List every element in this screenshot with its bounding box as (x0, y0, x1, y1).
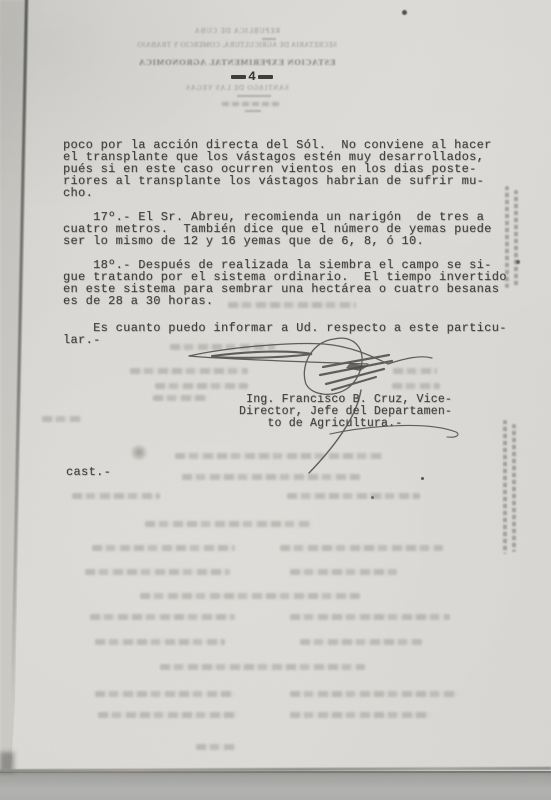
ghost-line-segment (290, 569, 397, 575)
ink-smudge (130, 445, 148, 460)
letterhead-santiago-line: SANTIAGO DE LAS VEGAS (87, 84, 387, 92)
page-number-value: 4 (247, 72, 257, 82)
paragraph-18: 18º.- Después de realizada la siembra el… (63, 259, 507, 307)
ghost-line-segment (155, 383, 248, 389)
stamp-text-column (505, 186, 509, 288)
typist-initials: cast.- (66, 466, 111, 478)
ghost-line-segment (392, 383, 440, 389)
paragraph-17: 17º.- El Sr. Abreu, recomienda un narigó… (63, 211, 492, 247)
ghost-line-segment (95, 639, 225, 645)
page-number-dash (231, 75, 246, 78)
letterhead-rule (245, 110, 261, 112)
ghost-line-segment (153, 395, 208, 401)
letterhead-rule (262, 38, 276, 40)
ghost-line-segment (175, 453, 383, 459)
dirt-speck (421, 477, 424, 480)
ghost-line-segment (145, 521, 312, 527)
stamp-text-column (512, 424, 516, 552)
ghost-line-segment (290, 691, 458, 697)
ghost-line-segment (287, 493, 420, 499)
ghost-line-segment (92, 545, 235, 551)
ghost-line-segment (140, 593, 360, 599)
ghost-line-segment (290, 712, 430, 718)
dirt-speck (516, 260, 520, 264)
paper-sheet (0, 0, 551, 771)
ghost-line-segment (280, 545, 443, 551)
ghost-line-segment (300, 639, 422, 645)
letterhead-estacion-line: ESTACION EXPERIMENTAL AGRONOMICA (87, 57, 387, 67)
letterhead-republic-line: REPUBLICA DE CUBA (87, 27, 387, 35)
dirt-speck (402, 10, 407, 15)
stamp-text-column (503, 420, 507, 554)
dirt-speck (371, 496, 374, 499)
letterhead-secretaria-line: SECRETARIA DE AGRICULTURA, COMERCIO Y TR… (87, 41, 387, 49)
ghost-line-segment (130, 368, 248, 374)
ghost-line-segment (95, 691, 235, 697)
ghost-line-segment (196, 744, 236, 750)
ghost-line-segment (85, 569, 230, 575)
ghost-line-segment (72, 493, 160, 499)
ghost-line-segment (182, 474, 360, 480)
paragraph-intro: poco por la acción directa del Sól. No c… (63, 139, 492, 199)
page-number: 4 (226, 70, 278, 84)
letterhead-illegible-line (222, 102, 282, 106)
signature-title-block: Ing. Francisco B. Cruz, Vice- Director, … (239, 394, 452, 430)
stamp-text-column (514, 190, 518, 286)
ghost-line-segment (42, 416, 82, 422)
ghost-line-segment (290, 614, 450, 620)
ghost-line-segment (98, 712, 238, 718)
ghost-line-segment (160, 664, 365, 670)
scanned-document-page: REPUBLICA DE CUBA SECRETARIA DE AGRICULT… (0, 0, 551, 800)
ghost-line-segment (393, 368, 437, 374)
paragraph-closing: Es cuanto puedo informar a Ud. respecto … (63, 322, 507, 346)
letterhead-rule (237, 95, 271, 97)
page-number-dash (258, 75, 273, 78)
ghost-line-segment (90, 614, 235, 620)
